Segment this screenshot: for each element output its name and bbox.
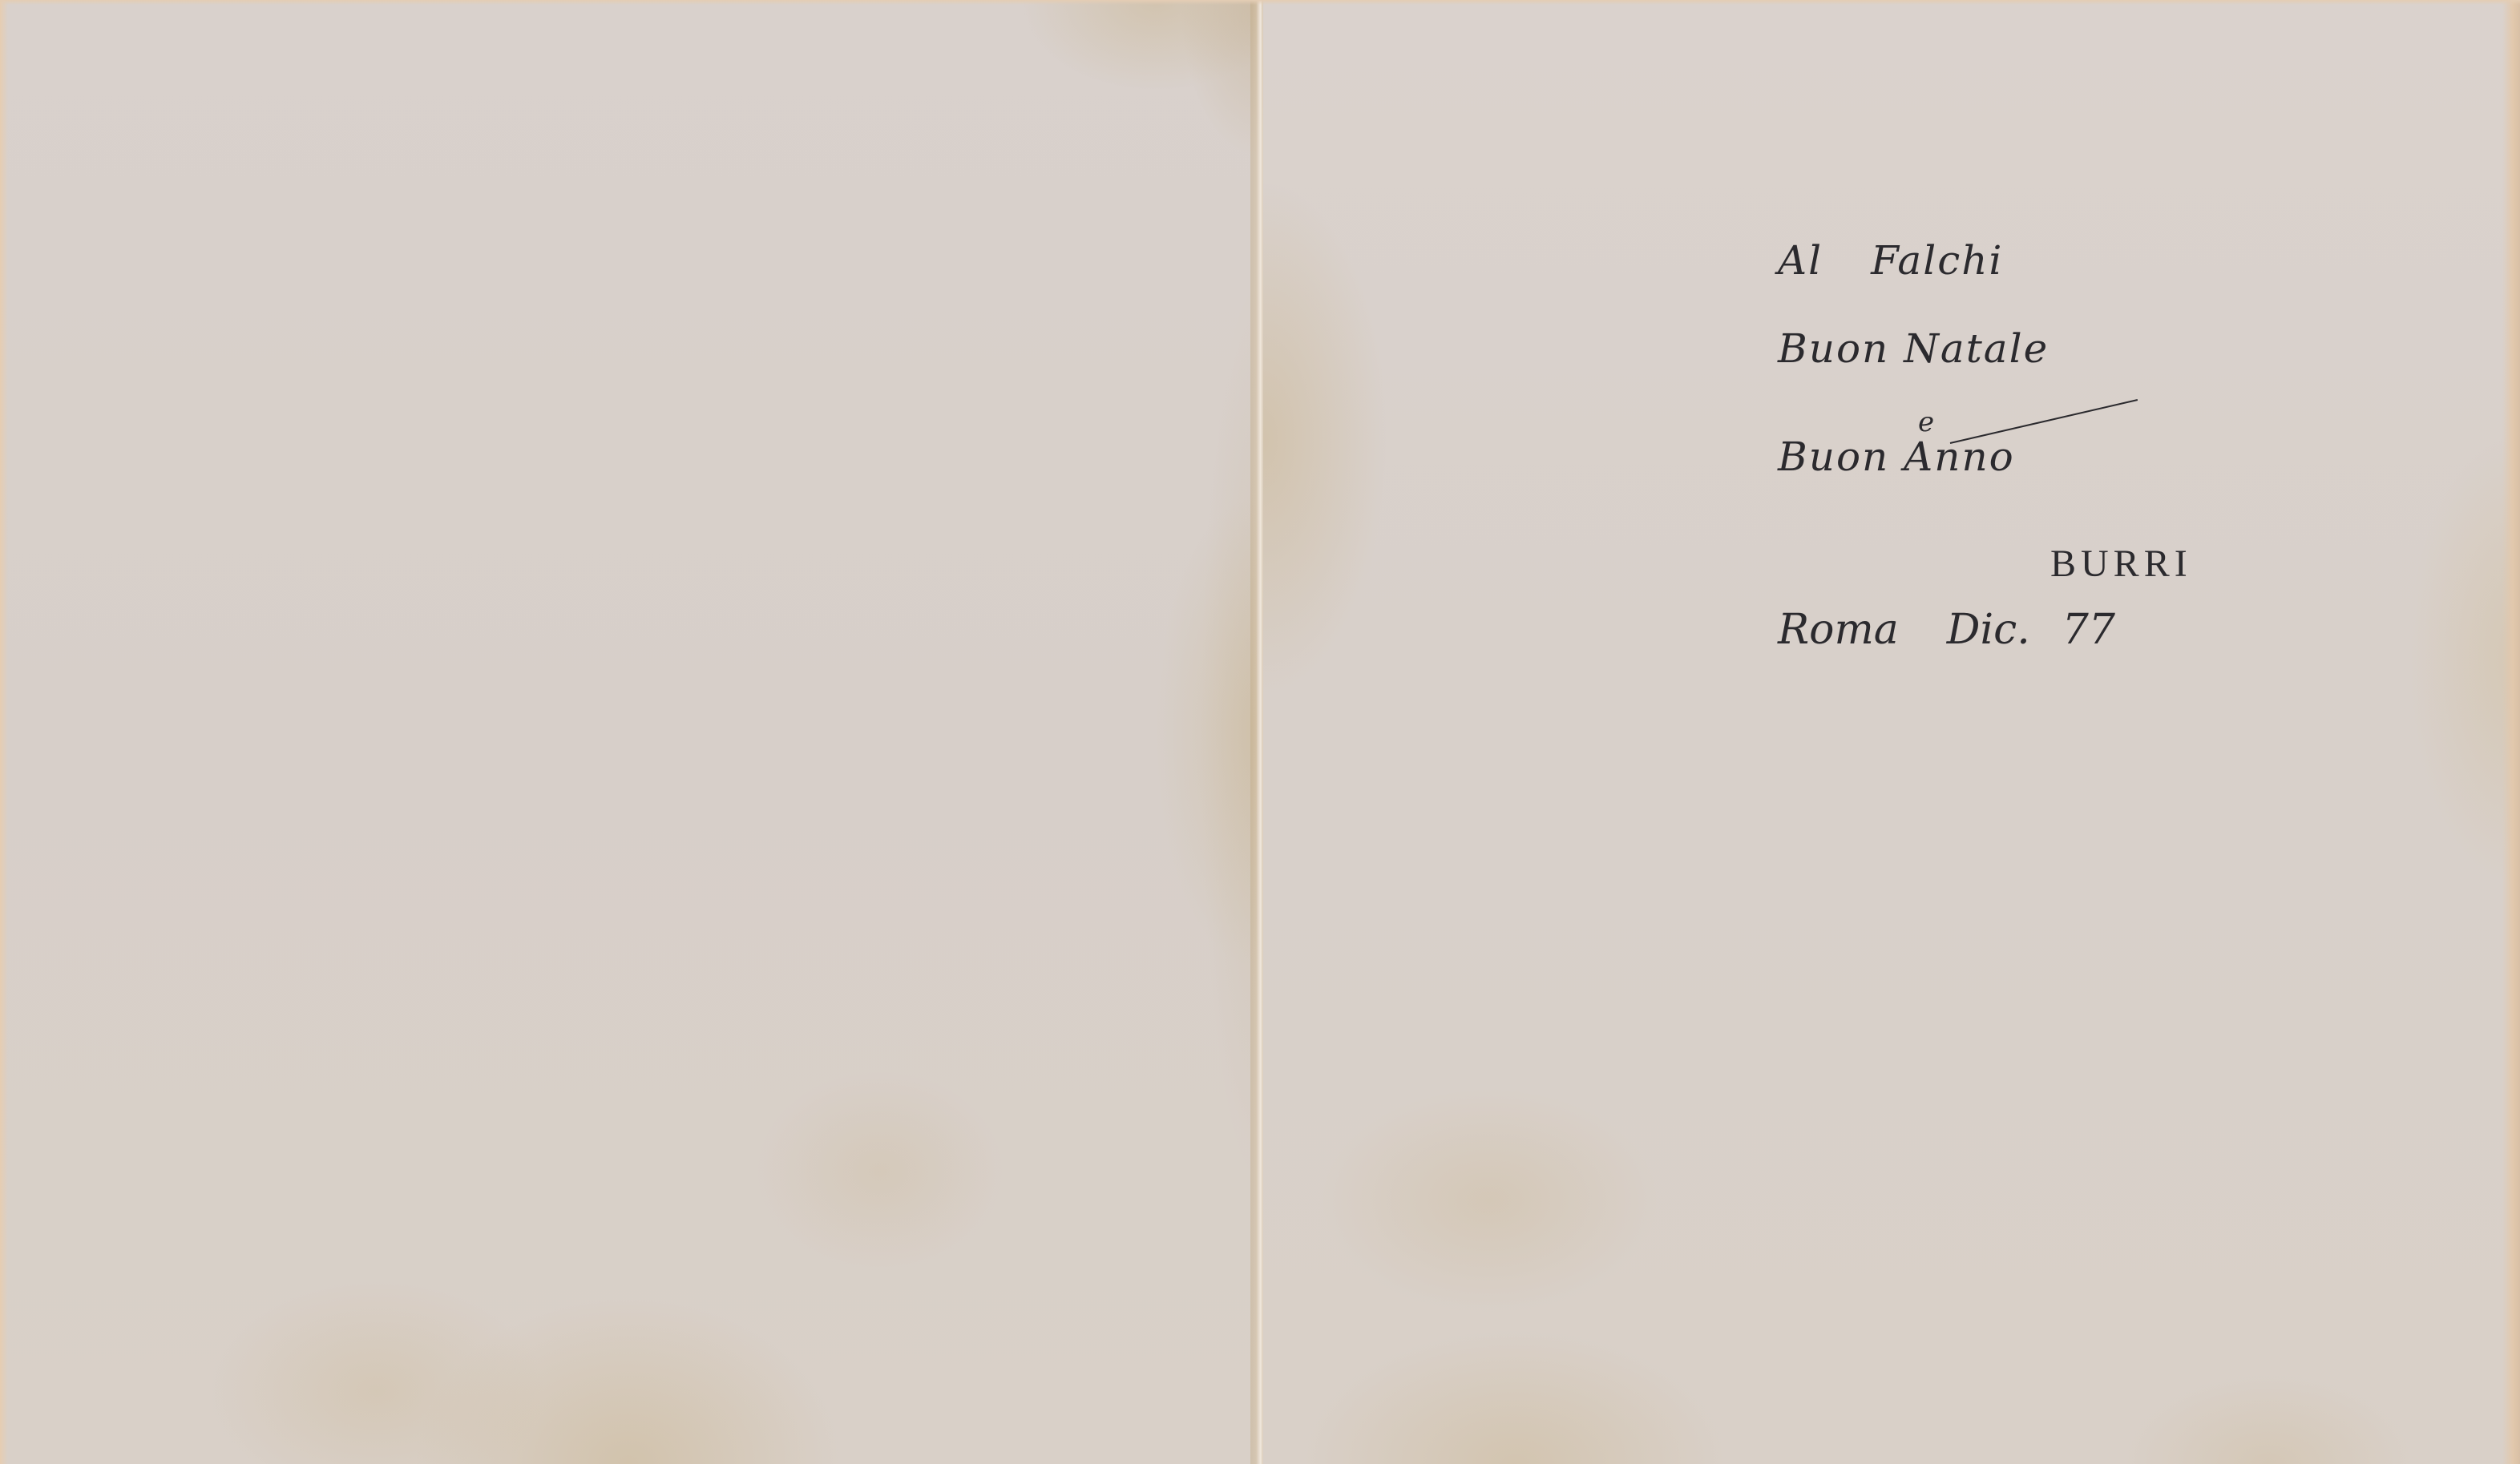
date-year: 77: [2062, 606, 2115, 654]
right-edge-discoloration: [2502, 0, 2520, 1464]
signature: BURRI: [2050, 545, 2192, 583]
place-date-line: RomaDic.77: [1778, 609, 2115, 651]
left-edge-discoloration: [0, 0, 8, 1464]
dedication-name: Falchi: [1871, 237, 2003, 284]
greeting-connector: e: [1918, 409, 1936, 436]
dedication-prefix: Al: [1778, 237, 1823, 284]
right-page: [1263, 0, 2520, 1464]
top-edge-discoloration: [0, 0, 2520, 5]
left-page: [0, 0, 1257, 1464]
greeting-line-new-year: Buon Anno: [1778, 437, 2015, 477]
dedication-line: AlFalchi: [1778, 240, 2003, 280]
date-month: Dic.: [1947, 606, 2030, 654]
greeting-line-christmas: Buon Natale: [1778, 329, 2049, 369]
place-name: Roma: [1778, 606, 1899, 654]
greeting-card: AlFalchi Buon Natale e Buon Anno BURRI R…: [0, 0, 2520, 1464]
